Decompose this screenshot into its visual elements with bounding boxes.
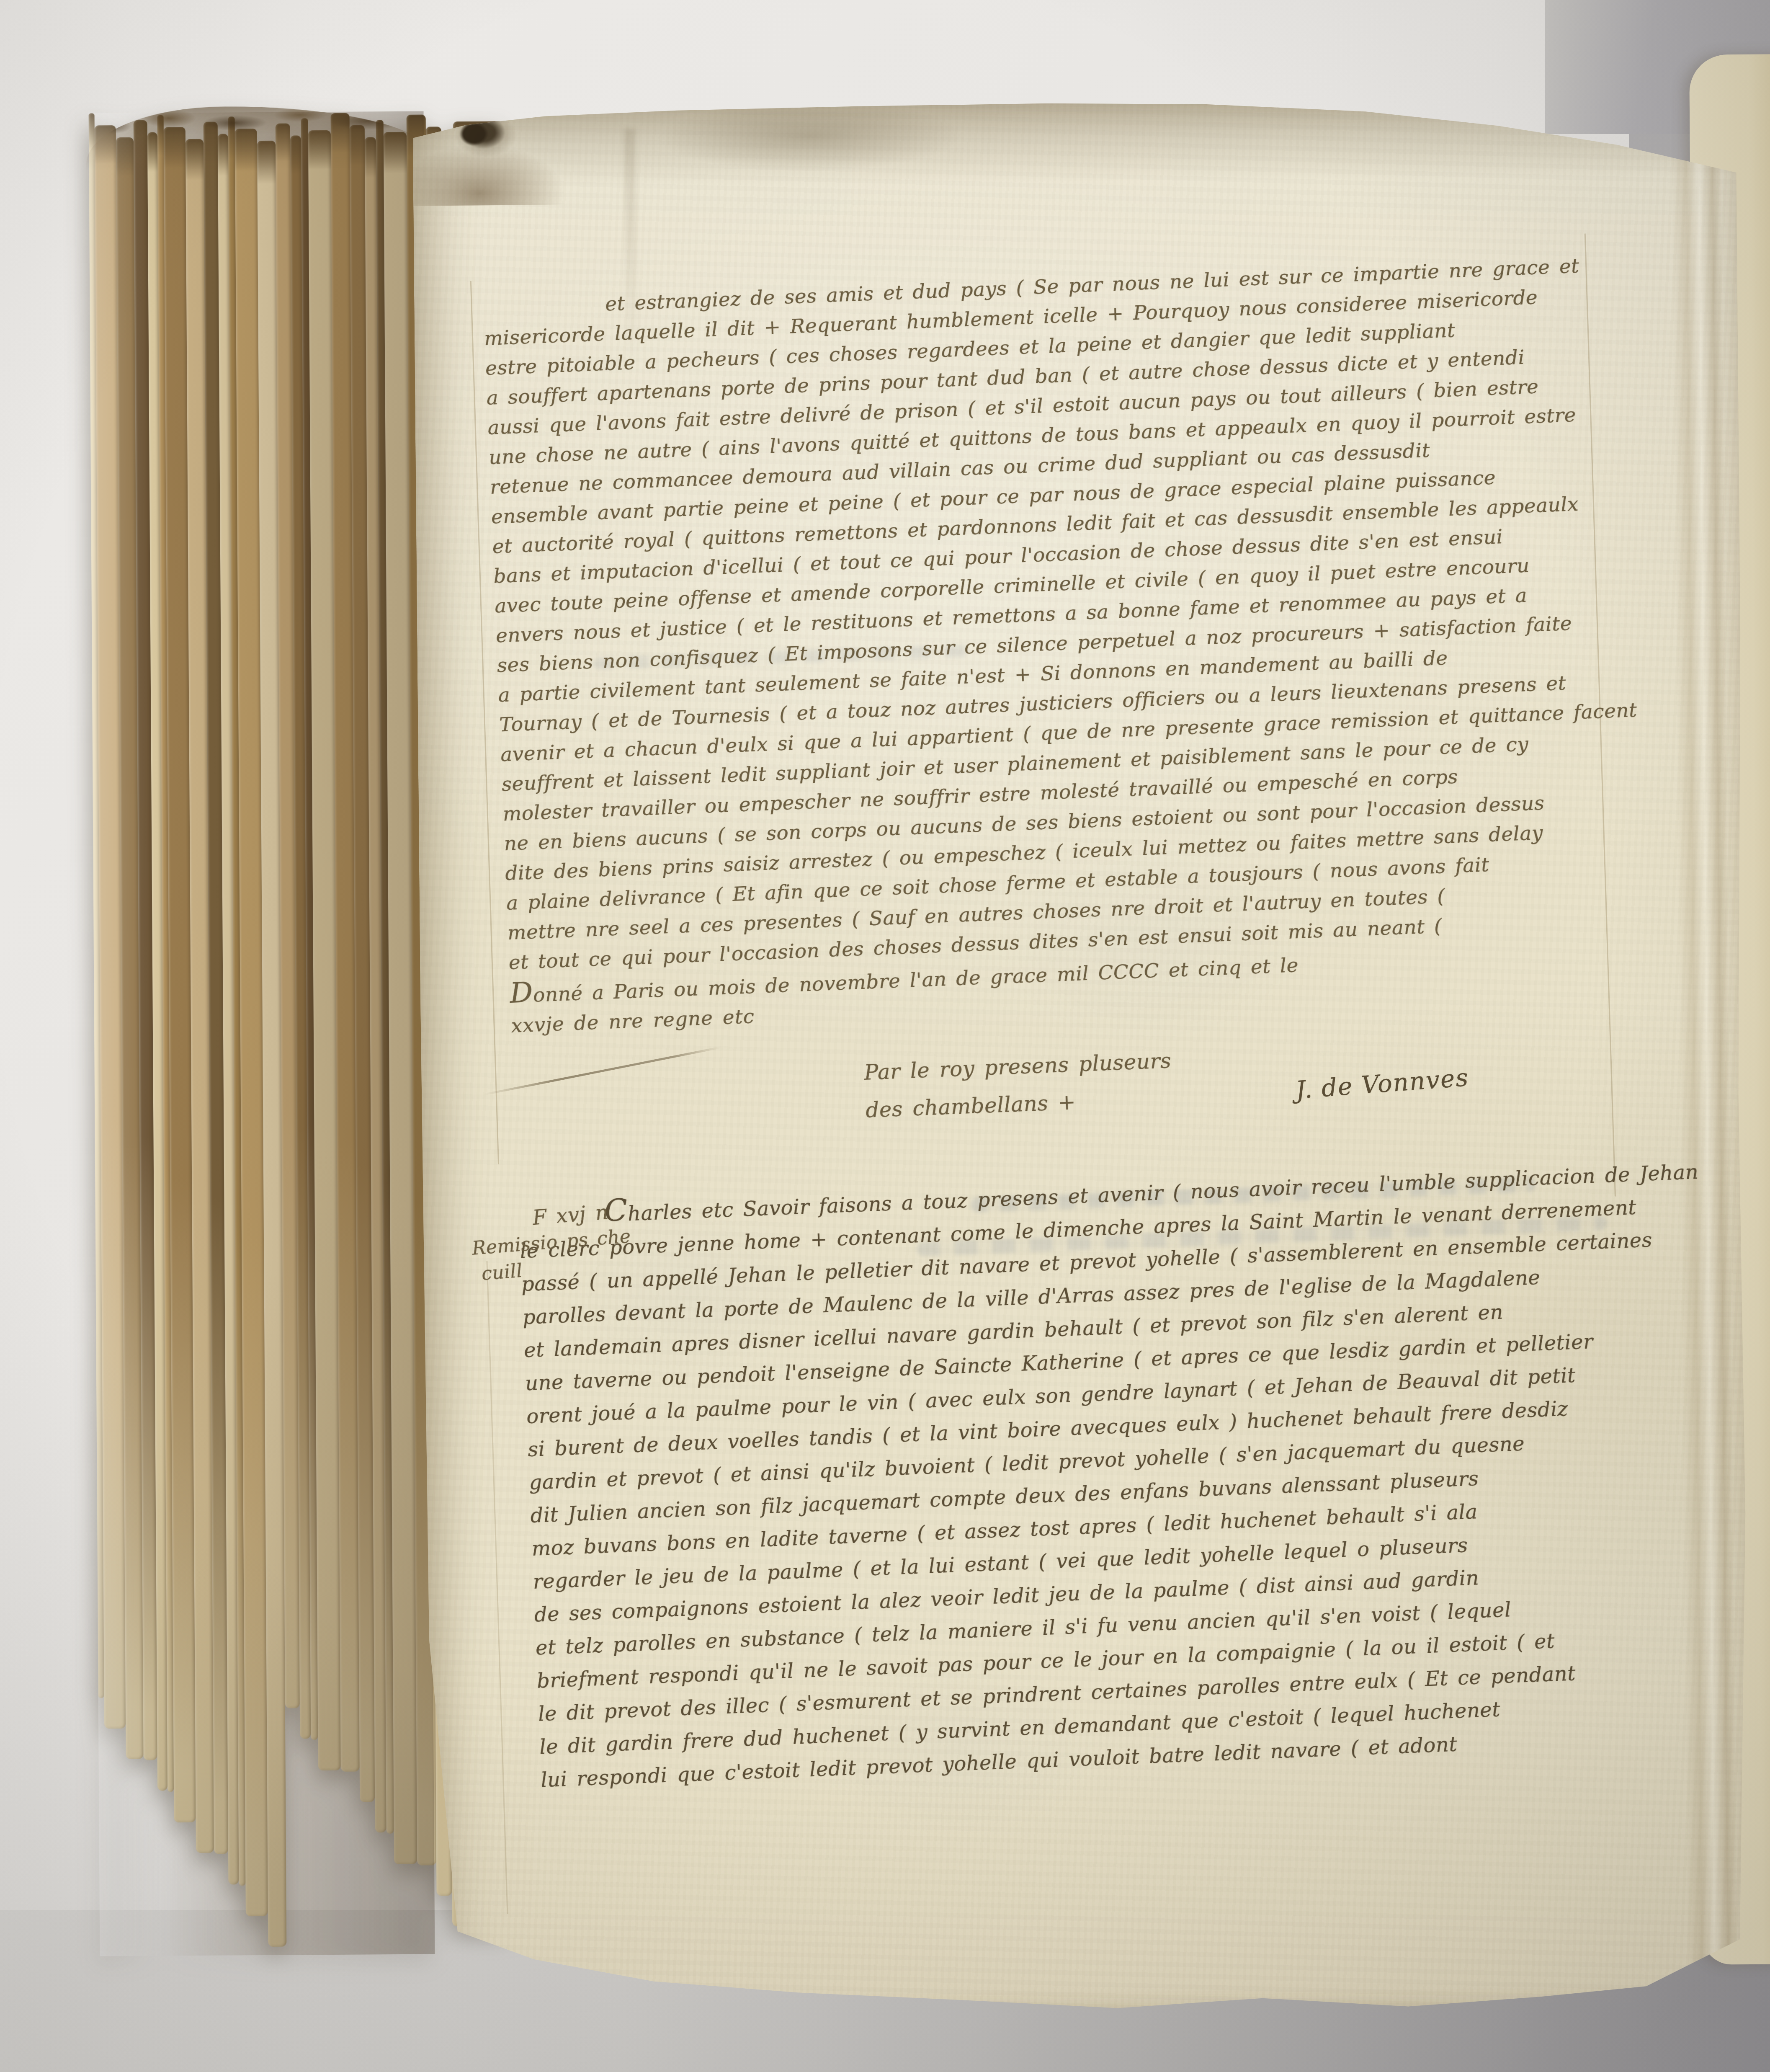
entry-remission-text: et estrangiez de ses amis et dud pays ( …	[482, 248, 1677, 978]
margin-note-remissio: F xvj n Remissio ps che cuill	[469, 1197, 634, 1288]
ink-stain	[442, 102, 522, 166]
handwritten-text-layer: et estrangiez de ses amis et dud pays ( …	[482, 248, 1709, 1797]
photograph-of-manuscript: { "document": { "description_label": "Re…	[0, 0, 1770, 2072]
pen-flourish	[484, 1047, 720, 1096]
page-edge-stack	[89, 111, 435, 1956]
manuscript-page: et estrangiez de ses amis et dud pays ( …	[412, 94, 1752, 2023]
water-stain-top	[412, 94, 1737, 206]
entry-charles-text: Charles etc Savoir faisons a touz presen…	[518, 1152, 1709, 1797]
margin-ruling-left-lower	[486, 1261, 508, 1914]
chancery-signoff: Par le roy presens pluseurs des chambell…	[863, 1026, 1578, 1129]
